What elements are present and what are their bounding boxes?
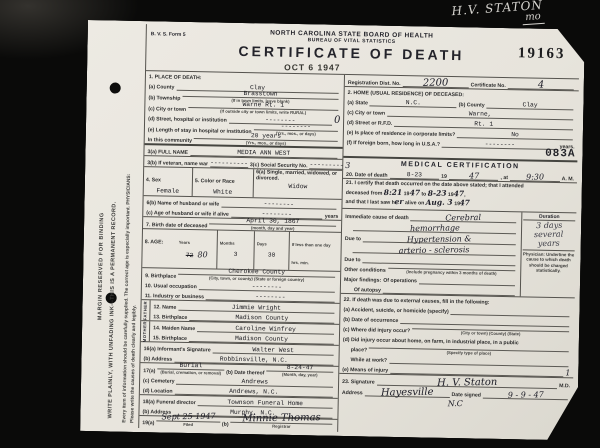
- field-age-less-than-day: If less than one day hrs. min.: [289, 232, 341, 271]
- physician-address-value: Hayesville: [381, 388, 434, 396]
- duration-2-value-1: several: [534, 229, 563, 238]
- physician-signature-value: H. V. Staton: [437, 378, 497, 386]
- duration-2-value-2: years: [538, 238, 560, 247]
- age-label-cell: 8. AGE:: [142, 229, 177, 268]
- attended-to-date: 8-23: [428, 189, 447, 197]
- due-to-1-value-1: Hypertension &: [407, 235, 472, 243]
- immediate-cause-value-2: hemorrhage: [410, 224, 460, 232]
- stray-zero-mark: 0: [334, 114, 341, 125]
- field-age-months: Months 3: [217, 231, 255, 270]
- margin-binding-text: MARGIN RESERVED FOR BINDING: [97, 212, 105, 320]
- photo-annotation: H.V. STATON mo: [451, 0, 544, 30]
- registration-district-value: 2200: [423, 79, 449, 86]
- form-header: B. V. S. Form 5 NORTH CAROLINA STATE BOA…: [146, 24, 580, 76]
- registrar-signature: Minnie Thomas: [242, 413, 320, 423]
- age-row: 8. AGE: Years 72 80 Months 3 Days 30: [142, 228, 341, 271]
- filed-row: 19(a) Sept 25 1947 Filed (b) Minnie Thom…: [139, 415, 337, 432]
- margin-instruction-2: Please write the causes of death clearly…: [130, 305, 137, 423]
- date-signed-value: 9 - 9 - 47: [507, 391, 543, 399]
- sex-race-marital-row: 4. Sex Female 5. Color or Race White 6(a…: [144, 167, 343, 200]
- received-date-stamp: OCT 6 1947: [284, 62, 340, 72]
- field-age-days: Days 30: [254, 232, 290, 271]
- certificate-form: B. V. S. Form 5 NORTH CAROLINA STATE BOA…: [138, 24, 580, 436]
- field-age-years: Years 72 80: [176, 230, 218, 269]
- photo-annotation-suffix: mo: [522, 11, 544, 25]
- punch-hole: [110, 82, 121, 93]
- duration-1-value: 3 days: [536, 220, 562, 229]
- left-column: 1. PLACE OF DEATH: (a) County Clay (b) T…: [139, 71, 345, 432]
- duration-heading: Duration: [523, 213, 575, 221]
- certificate-number-value: 4: [538, 82, 544, 89]
- cause-of-death-grid: Immediate cause of death Cerebral hemorr…: [341, 207, 577, 296]
- mother-side-label: MOTHER: [142, 321, 147, 342]
- field-race-value: White: [195, 189, 251, 197]
- father-side-label: FATHER: [143, 301, 148, 321]
- scanned-photo: H.V. STATON mo MARGIN RESERVED FOR BINDI…: [0, 0, 600, 448]
- stray-three-mark: 3: [346, 161, 351, 170]
- last-seen-date: Aug. 3: [426, 199, 453, 207]
- immediate-cause-value-1: Cerebral: [446, 213, 482, 221]
- due-to-1-value-2: arterio - sclerosis: [399, 246, 470, 254]
- certify-statement: 21. I certify that death occurred on the…: [342, 178, 577, 212]
- serial-number-stamp: 19163: [518, 45, 566, 63]
- right-column: Registration Dist. No. 2200 Certificate …: [338, 75, 579, 436]
- margin-permanent-text: WRITE PLAINLY, WITH UNFADING INK—THIS IS…: [107, 201, 117, 418]
- field-race: 5. Color or Race White: [193, 168, 255, 197]
- field-sex-value: Female: [146, 188, 190, 196]
- death-certificate: MARGIN RESERVED FOR BINDING WRITE PLAINL…: [80, 20, 585, 440]
- form-number: B. V. S. Form 5: [151, 31, 186, 38]
- field-sex: 4. Sex Female: [144, 168, 194, 197]
- stray-pen-mark: 1: [565, 368, 570, 377]
- attended-from-date: 8:21: [384, 188, 403, 196]
- field-marital: 6(a) Single, married, widowed, or divorc…: [254, 170, 343, 200]
- field-time-of-death-value: 9:30: [526, 173, 544, 180]
- field-marital-value: Widow: [256, 183, 340, 192]
- filed-date-signature: Sept 25 1947: [161, 412, 215, 422]
- duration-column: Duration 3 days several years Physician:…: [520, 212, 577, 297]
- physician-underline-note: Physician: Underline the cause to which …: [522, 249, 574, 274]
